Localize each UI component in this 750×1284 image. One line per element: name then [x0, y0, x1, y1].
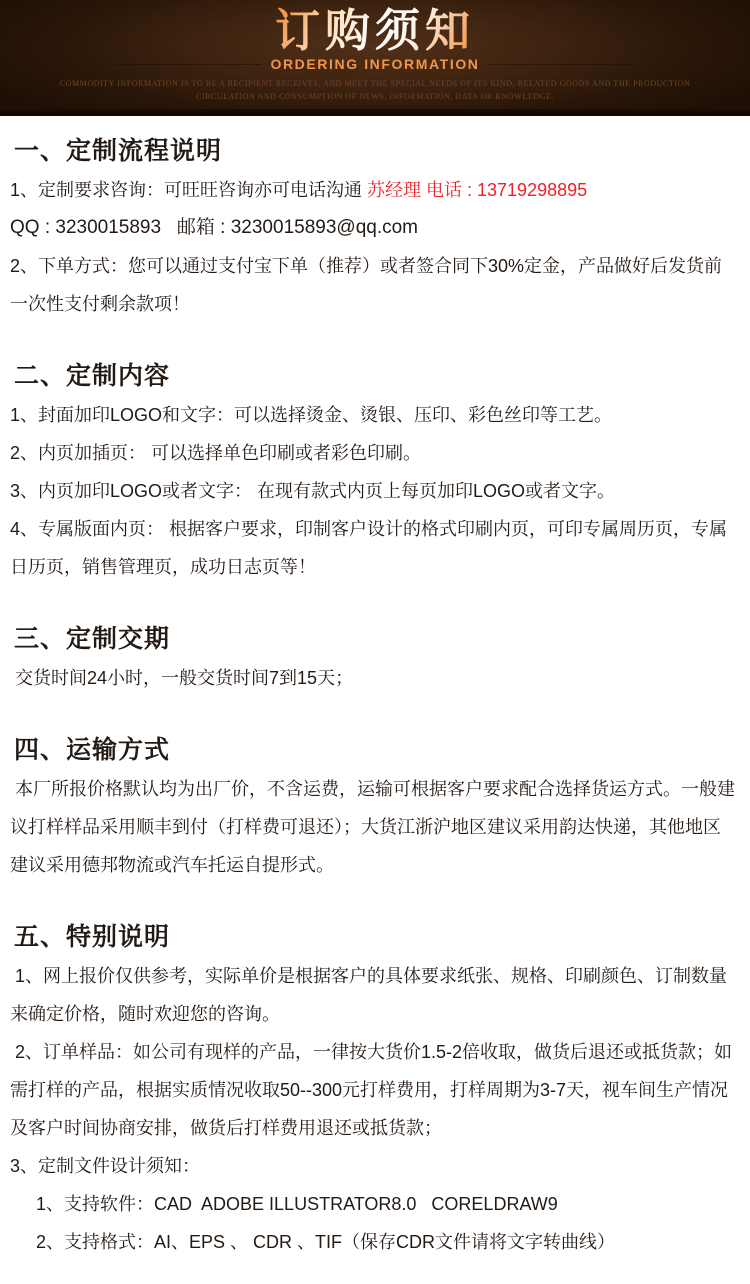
page-title: 订购须知 [275, 7, 475, 55]
delivery-time-line: 交货时间24小时，一般交货时间7到15天； [10, 659, 738, 697]
shipping-method-paragraph: 本厂所报价格默认均为出厂价，不含运费，运输可根据客户要求配合选择货运方式。一般建… [10, 770, 738, 884]
section-heading-shipping-method: 四、运输方式 [14, 735, 738, 765]
custom-content-item-3: 3、内页加印LOGO或者文字： 在现有款式内页上每页加印LOGO或者文字。 [10, 472, 738, 510]
custom-content-item-1: 1、封面加印LOGO和文字：可以选择烫金、烫银、压印、彩色丝印等工艺。 [10, 396, 738, 434]
subtitle-row: ORDERING INFORMATION [0, 56, 750, 72]
tagline-line-2: CIRCULATION AND CONSUMPTION OF NEWS, INF… [0, 90, 750, 103]
tagline: COMMODITY INFORMATION IS TO BE A RECIPIE… [0, 77, 750, 103]
contact-manager-phone: 苏经理 电话 : 13719298895 [367, 180, 587, 200]
section-heading-custom-process: 一、定制流程说明 [14, 136, 738, 166]
special-notes-item-2: 2、订单样品：如公司有现样的产品，一律按大货价1.5-2倍收取，做货后退还或抵货… [10, 1033, 738, 1147]
special-notes-item-1: 1、网上报价仅供参考，实际单价是根据客户的具体要求纸张、规格、印刷颜色、订制数量… [10, 957, 738, 1033]
special-notes-item-3: 3、定制文件设计须知： [10, 1147, 738, 1185]
custom-content-item-2: 2、内页加插页： 可以选择单色印刷或者彩色印刷。 [10, 434, 738, 472]
section-shipping-method: 四、运输方式 本厂所报价格默认均为出厂价，不含运费，运输可根据客户要求配合选择货… [10, 735, 738, 884]
consult-line: 1、定制要求咨询：可旺旺咨询亦可电话沟通 苏经理 电话 : 1371929889… [10, 171, 738, 209]
consult-text: 1、定制要求咨询：可旺旺咨询亦可电话沟通 [10, 180, 367, 200]
supported-formats-line: 2、支持格式：AI、EPS 、 CDR 、TIF（保存CDR文件请将文字转曲线） [10, 1223, 738, 1261]
divider-line-right [489, 64, 636, 65]
page-root: 订购须知 ORDERING INFORMATION COMMODITY INFO… [0, 0, 750, 1284]
content-body: 一、定制流程说明 1、定制要求咨询：可旺旺咨询亦可电话沟通 苏经理 电话 : 1… [0, 116, 750, 1261]
header-banner: 订购须知 ORDERING INFORMATION COMMODITY INFO… [0, 0, 750, 116]
section-heading-custom-content: 二、定制内容 [14, 361, 738, 391]
custom-content-item-4: 4、专属版面内页： 根据客户要求，印制客户设计的格式印刷内页，可印专属周历页，专… [10, 510, 738, 586]
order-method-line: 2、下单方式：您可以通过支付宝下单（推荐）或者签合同下30%定金，产品做好后发货… [10, 247, 738, 323]
section-custom-content: 二、定制内容 1、封面加印LOGO和文字：可以选择烫金、烫银、压印、彩色丝印等工… [10, 361, 738, 586]
page-subtitle: ORDERING INFORMATION [270, 56, 479, 72]
section-heading-delivery-time: 三、定制交期 [14, 624, 738, 654]
tagline-line-1: COMMODITY INFORMATION IS TO BE A RECIPIE… [0, 77, 750, 90]
supported-software-line: 1、支持软件：CAD ADOBE ILLUSTRATOR8.0 CORELDRA… [10, 1185, 738, 1223]
section-custom-process: 一、定制流程说明 1、定制要求咨询：可旺旺咨询亦可电话沟通 苏经理 电话 : 1… [10, 136, 738, 323]
section-heading-special-notes: 五、特别说明 [14, 922, 738, 952]
divider-line-left [114, 64, 261, 65]
contact-qq-email-line: QQ : 3230015893 邮箱 : 3230015893@qq.com [10, 209, 738, 247]
section-delivery-time: 三、定制交期 交货时间24小时，一般交货时间7到15天； [10, 624, 738, 697]
section-special-notes: 五、特别说明 1、网上报价仅供参考，实际单价是根据客户的具体要求纸张、规格、印刷… [10, 922, 738, 1261]
